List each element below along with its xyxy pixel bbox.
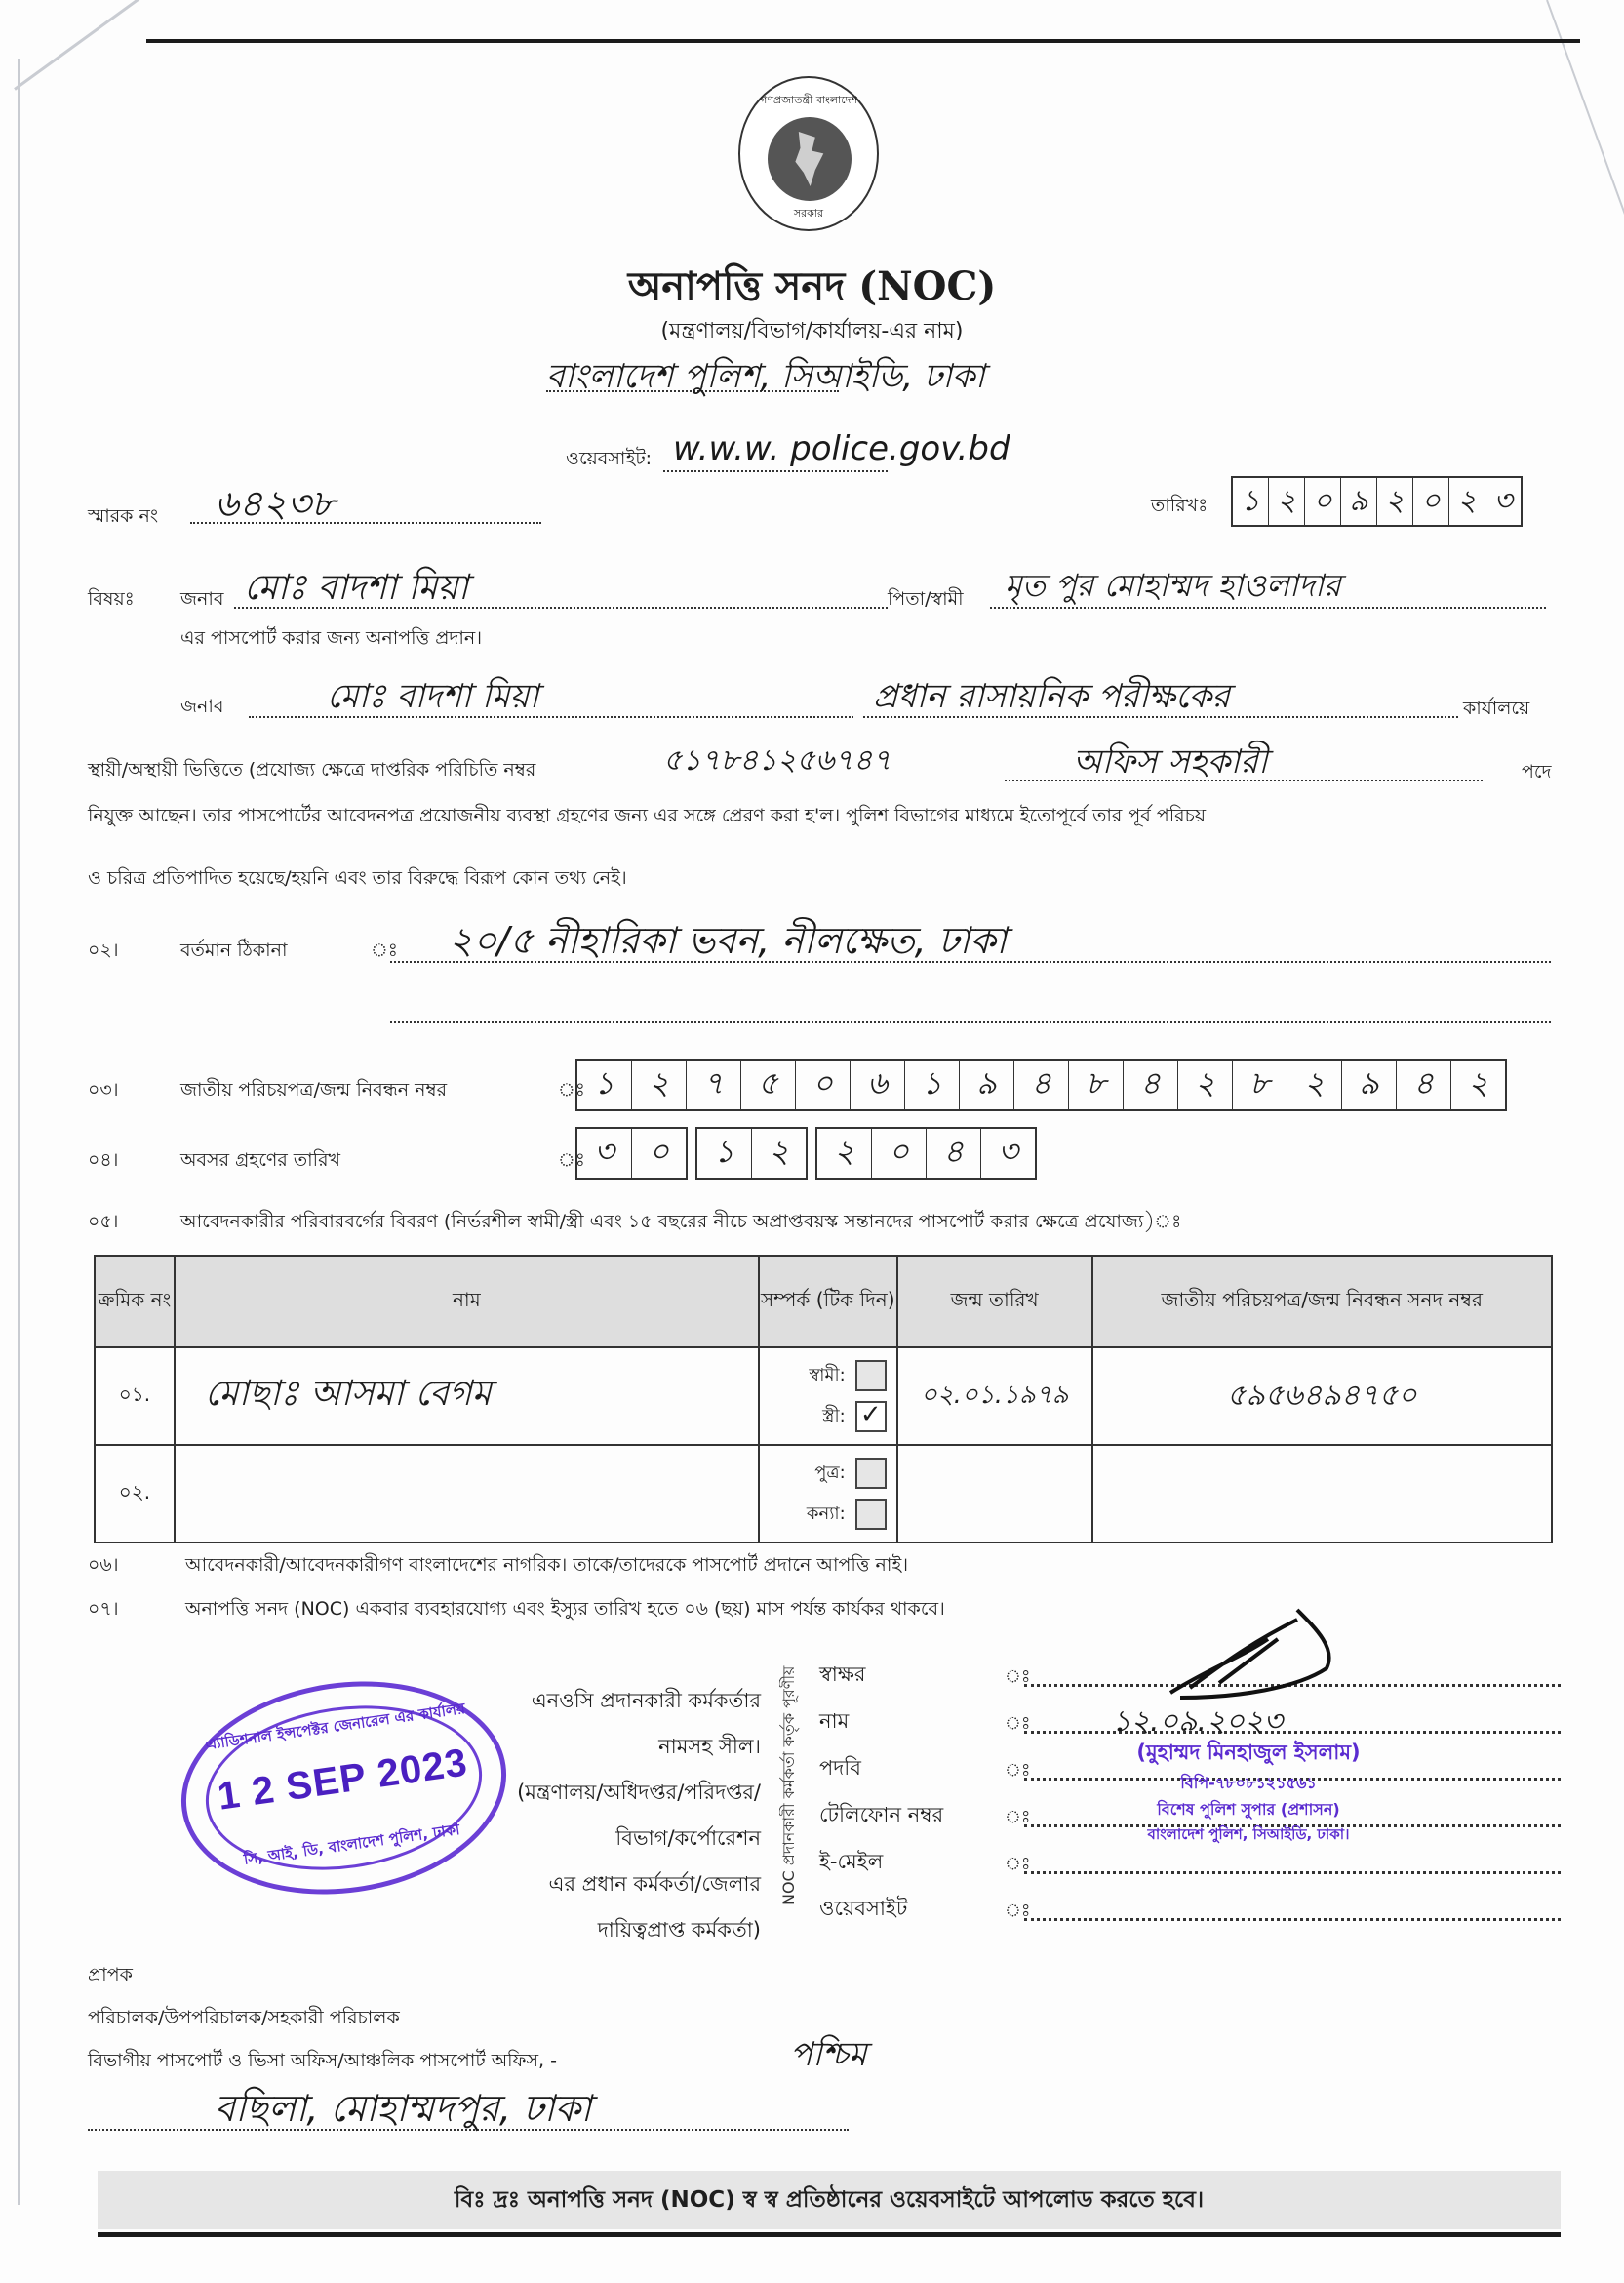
nid-digit-cell: ৭ (687, 1061, 741, 1109)
nid-digit-cell: ২ (1178, 1061, 1233, 1109)
website-label: ওয়েবসাইট: (566, 445, 652, 476)
nid-digit-cell: ৪ (1014, 1061, 1069, 1109)
nid-digit-cell: ২ (632, 1061, 687, 1109)
officer-field-colon: ঃ (1005, 1662, 1024, 1693)
clause-07-text: অনাপত্তি সনদ (NOC) একবার ব্যবহারযোগ্য এব… (185, 1595, 945, 1626)
nid-label: জাতীয় পরিচয়পত্র/জন্ম নিবন্ধন নম্বর (180, 1076, 447, 1107)
date-digit-cell: ৯ (1341, 478, 1377, 525)
officer-field-colon: ঃ (1005, 1709, 1024, 1740)
retirement-digit-cell: ২ (817, 1129, 872, 1178)
government-emblem: গণপ্রজাতন্ত্রী বাংলাদেশ সরকার (738, 76, 879, 231)
date-digit-cell: ৩ (1485, 478, 1521, 525)
officer-stamp-bp: বিপি-৭৮০৮১২১৫৬১ (1092, 1771, 1405, 1797)
memo-field: স্মারক নং ৬৪২৩৮ (88, 483, 546, 532)
nid-digit-cell: ৯ (1342, 1061, 1397, 1109)
row-serial: ০২. (95, 1445, 175, 1542)
scan-edge-left (18, 59, 20, 2205)
officer-stamp-designation: বিশেষ পুলিশ সুপার (প্রশাসন) (1092, 1797, 1405, 1823)
office-name-value: বাংলাদেশ পুলিশ, সিআইডি, ঢাকা (546, 351, 985, 407)
col-name: নাম (175, 1256, 759, 1347)
footer-note: বিঃ দ্রঃ অনাপত্তি সনদ (NOC) স্ব স্ব প্রত… (98, 2171, 1561, 2229)
recipient-office-location: বছিলা, মোহাম্মদপুর, ঢাকা (215, 2080, 591, 2143)
col-relation: সম্পর্ক (টিক দিন) (759, 1256, 897, 1347)
date-digit-cell: ১ (1233, 478, 1269, 525)
date-digit-cell: ২ (1449, 478, 1485, 525)
address-colon: ঃ (371, 937, 398, 968)
officer-field-value (1024, 1899, 1561, 1921)
clause-06-num: ০৬। (88, 1551, 119, 1582)
date-digit-cell: ০ (1413, 478, 1449, 525)
nid-boxes: ১২৭৫০৬১৯৪৮৪২৮২৯৪২ (575, 1059, 1507, 1111)
relation-label: কন্যা: (807, 1500, 846, 1530)
row-dob (897, 1445, 1092, 1542)
nid-digit-cell: ১ (577, 1061, 632, 1109)
nid-digit-cell: ২ (1287, 1061, 1342, 1109)
relation-label: পুত্র: (814, 1459, 846, 1489)
officer-field-value: ১২.০৯.২০২৩ (1024, 1711, 1561, 1734)
nid-digit-cell: ৮ (1069, 1061, 1124, 1109)
officer-field-colon: ঃ (1005, 1803, 1024, 1833)
subject-label: বিষয়ঃ (88, 585, 135, 617)
officer-instruction-line: দায়িত্বপ্রাপ্ত কর্মকর্তা) (458, 1907, 761, 1953)
scan-edge-fold (14, 0, 197, 91)
vertical-fill-note: NOC প্রদানকারী কর্মকর্তা কর্তৃক পূরণীয় (775, 1649, 805, 1922)
table-row: ০২.পুত্র:কন্যা: (95, 1445, 1552, 1542)
address-value: ২০/৫ নীহারিকা ভবন, নীলক্ষেত, ঢাকা (449, 912, 1007, 975)
recipient-region: পশ্চিম (790, 2029, 867, 2085)
officer-stamp-name: (মুহাম্মদ মিনহাজুল ইসলাম) (1092, 1737, 1405, 1771)
subject-line2: এর পাসপোর্ট করার জন্য অনাপত্তি প্রদান। (180, 624, 482, 656)
officer-field-label: টেলিফোন নম্বর (819, 1799, 1005, 1833)
recipient-line1: পরিচালক/উপপরিচালক/সহকারী পরিচালক (88, 2004, 400, 2035)
row-name: মোছাঃ আসমা বেগম (175, 1347, 759, 1445)
body-applicant-name: মোঃ বাদশা মিয়া (327, 671, 538, 727)
nid-row: ০৩। জাতীয় পরিচয়পত্র/জন্ম নিবন্ধন নম্বর… (88, 1059, 1561, 1117)
retirement-label: অবসর গ্রহণের তারিখ (180, 1146, 340, 1178)
ministry-subtitle: (মন্ত্রণালয়/বিভাগ/কার্যালয়-এর নাম) (0, 314, 1624, 350)
nid-digit-cell: ৪ (1124, 1061, 1178, 1109)
memo-label: স্মারক নং (88, 502, 158, 534)
row-nid (1092, 1445, 1552, 1542)
retirement-digit-cell: ২ (752, 1129, 806, 1178)
map-icon (768, 117, 852, 201)
retirement-digit-cell: ০ (632, 1129, 686, 1178)
retirement-digit-cell: ১ (697, 1129, 752, 1178)
col-nid: জাতীয় পরিচয়পত্র/জন্ম নিবন্ধন সনদ নম্বর (1092, 1256, 1552, 1347)
emblem-text-top: গণপ্রজাতন্ত্রী বাংলাদেশ (758, 92, 859, 110)
office-id-value: ৫১৭৮৪১২৫৬৭৪৭ (663, 737, 891, 786)
nid-digit-cell: ০ (796, 1061, 851, 1109)
row-name (175, 1445, 759, 1542)
father-label: পিতা/স্বামী (888, 585, 964, 617)
retirement-date-group: ২০৪৩ (815, 1127, 1037, 1180)
officer-field-colon: ঃ (1005, 1897, 1024, 1927)
top-rule (146, 39, 1580, 43)
officer-field-colon: ঃ (1005, 1756, 1024, 1786)
retirement-digit-cell: ৩ (981, 1129, 1035, 1178)
nid-digit-cell: ৯ (960, 1061, 1014, 1109)
officer-field-label: ই-মেইল (819, 1846, 1005, 1880)
officer-instruction-line: এর প্রধান কর্মকর্তা/জেলার (458, 1862, 761, 1907)
clause-06-text: আবেদনকারী/আবেদনকারীগণ বাংলাদেশের নাগরিক।… (185, 1551, 908, 1582)
row-dob: ০২.০১.১৯৭৯ (897, 1347, 1092, 1445)
relation-checkbox[interactable] (855, 1458, 887, 1489)
retirement-date-group: ১২ (695, 1127, 808, 1180)
emblem-text-bottom: সরকার (740, 205, 877, 223)
officer-field-label: ওয়েবসাইট (819, 1893, 1005, 1927)
relation-option[interactable]: স্বামী: (770, 1355, 887, 1396)
post-value: অফিস সহকারী (1073, 737, 1268, 792)
date-digit-cell: ২ (1377, 478, 1413, 525)
nid-digit-cell: ৮ (1233, 1061, 1287, 1109)
subject-janab-label: জনাব (180, 585, 223, 617)
row-relation: পুত্র:কন্যা: (759, 1445, 897, 1542)
officer-field-colon: ঃ (1005, 1850, 1024, 1880)
nid-digit-cell: ১ (905, 1061, 960, 1109)
col-serial: ক্রমিক নং (95, 1256, 175, 1347)
recipient-block: প্রাপক পরিচালক/উপপরিচালক/সহকারী পরিচালক … (88, 1961, 1258, 2156)
applicant-name: মোঃ বাদশা মিয়া (244, 561, 468, 620)
post-suffix: পদে (1522, 758, 1552, 789)
retirement-date-group: ৩০ (575, 1127, 688, 1180)
recipient-line2: বিভাগীয় পাসপোর্ট ও ভিসা অফিস/আঞ্চলিক পা… (88, 2047, 557, 2078)
memo-value: ৬৪২৩৮ (215, 475, 335, 538)
retirement-num: ০৪। (88, 1146, 118, 1178)
basis-text: স্থায়ী/অস্থায়ী ভিত্তিতে (প্রযোজ্য ক্ষে… (88, 756, 535, 787)
retirement-digit-cell: ০ (872, 1129, 927, 1178)
body-row1: জনাব মোঃ বাদশা মিয়া প্রধান রাসায়নিক পর… (88, 673, 1561, 732)
retirement-row: ০৪। অবসর গ্রহণের তারিখ ঃ ৩০১২২০৪৩ (88, 1127, 1561, 1185)
signature-icon (1151, 1600, 1385, 1707)
col-dob: জন্ম তারিখ (897, 1256, 1092, 1347)
nid-digit-cell: ৬ (851, 1061, 905, 1109)
relation-option[interactable]: পুত্র: (770, 1453, 887, 1494)
nid-num: ০৩। (88, 1076, 119, 1107)
row-serial: ০১. (95, 1347, 175, 1445)
relation-option[interactable]: স্ত্রী:✓ (770, 1396, 887, 1437)
date-boxes: ১২০৯২০২৩ (1231, 476, 1523, 527)
body-janab-label: জনাব (180, 693, 223, 724)
address-label: বর্তমান ঠিকানা (180, 937, 288, 968)
subject-row: বিষয়ঃ জনাব মোঃ বাদশা মিয়া পিতা/স্বামী … (88, 566, 1561, 624)
family-num: ০৫। (88, 1208, 118, 1239)
recipient-label: প্রাপক (88, 1961, 133, 1992)
family-table: ক্রমিক নং নাম সম্পর্ক (টিক দিন) জন্ম তার… (94, 1255, 1553, 1543)
clause-07-num: ০৭। (88, 1595, 119, 1626)
officer-instruction-line: এনওসি প্রদানকারী কর্মকর্তার (458, 1678, 761, 1724)
nid-digit-cell: ৪ (1397, 1061, 1451, 1109)
officer-field-label: পদবি (819, 1752, 1005, 1786)
body-row2: স্থায়ী/অস্থায়ী ভিত্তিতে (প্রযোজ্য ক্ষে… (88, 737, 1561, 795)
office-suffix: কার্যালয়ে (1463, 695, 1529, 726)
relation-checkbox[interactable] (855, 1499, 887, 1530)
officer-stamp: (মুহাম্মদ মিনহাজুল ইসলাম) বিপি-৭৮০৮১২১৫৬… (1092, 1737, 1405, 1848)
body-para-line1: নিযুক্ত আছেন। তার পাসপোর্টের আবেদনপত্র প… (88, 802, 1570, 833)
website-value: w.w.w. police.gov.bd (673, 429, 1010, 468)
date-digit-cell: ০ (1305, 478, 1341, 525)
date-label: তারিখঃ (1151, 492, 1208, 523)
officer-field-label: স্বাক্ষর (819, 1659, 1005, 1693)
scan-edge-right (1546, 0, 1624, 220)
family-label: আবেদনকারীর পরিবারবর্গের বিবরণ (নির্ভরশীল… (180, 1208, 1181, 1239)
date-digit-cell: ২ (1269, 478, 1305, 525)
nid-digit-cell: ২ (1451, 1061, 1505, 1109)
website-field: ওয়েবসাইট: w.w.w. police.gov.bd (566, 429, 1151, 478)
row-relation: স্বামী:স্ত্রী:✓ (759, 1347, 897, 1445)
office-value: প্রধান রাসায়নিক পরীক্ষকের (873, 671, 1230, 727)
nid-digit-cell: ৫ (741, 1061, 796, 1109)
relation-label: স্ত্রী: (822, 1402, 846, 1432)
relation-label: স্বামী: (809, 1361, 845, 1391)
officer-stamp-office: বাংলাদেশ পুলিশ, সিআইডি, ঢাকা। (1092, 1823, 1405, 1848)
table-row: ০১.মোছাঃ আসমা বেগমস্বামী:স্ত্রী:✓০২.০১.১… (95, 1347, 1552, 1445)
retirement-digit-cell: ৪ (927, 1129, 981, 1178)
date-field: তারিখঃ ১২০৯২০২৩ (1151, 476, 1561, 535)
relation-option[interactable]: কন্যা: (770, 1494, 887, 1535)
relation-checkbox[interactable]: ✓ (855, 1401, 887, 1432)
page-title: অনাপত্তি সনদ (NOC) (0, 256, 1624, 321)
officer-field-value (1024, 1852, 1561, 1874)
officer-field-label: নাম (819, 1705, 1005, 1740)
address-num: ০২। (88, 937, 119, 968)
family-table-header: ক্রমিক নং নাম সম্পর্ক (টিক দিন) জন্ম তার… (95, 1256, 1552, 1347)
relation-checkbox[interactable] (855, 1360, 887, 1391)
body-para-line2: ও চরিত্র প্রতিপাদিত হয়েছে/হয়নি এবং তার… (88, 864, 627, 896)
retirement-date-boxes: ৩০১২২০৪৩ (575, 1127, 1037, 1180)
officer-field-row: ওয়েবসাইটঃ (819, 1888, 1561, 1927)
retirement-digit-cell: ৩ (577, 1129, 632, 1178)
father-name: মৃত পুর মোহাম্মদ হাওলাদার (1005, 561, 1341, 614)
address-row: ০২। বর্তমান ঠিকানা ঃ ২০/৫ নীহারিকা ভবন, … (88, 912, 1561, 1039)
row-nid: ৫৯৫৬৪৯৪৭৫০ (1092, 1347, 1552, 1445)
bottom-rule (98, 2232, 1561, 2237)
